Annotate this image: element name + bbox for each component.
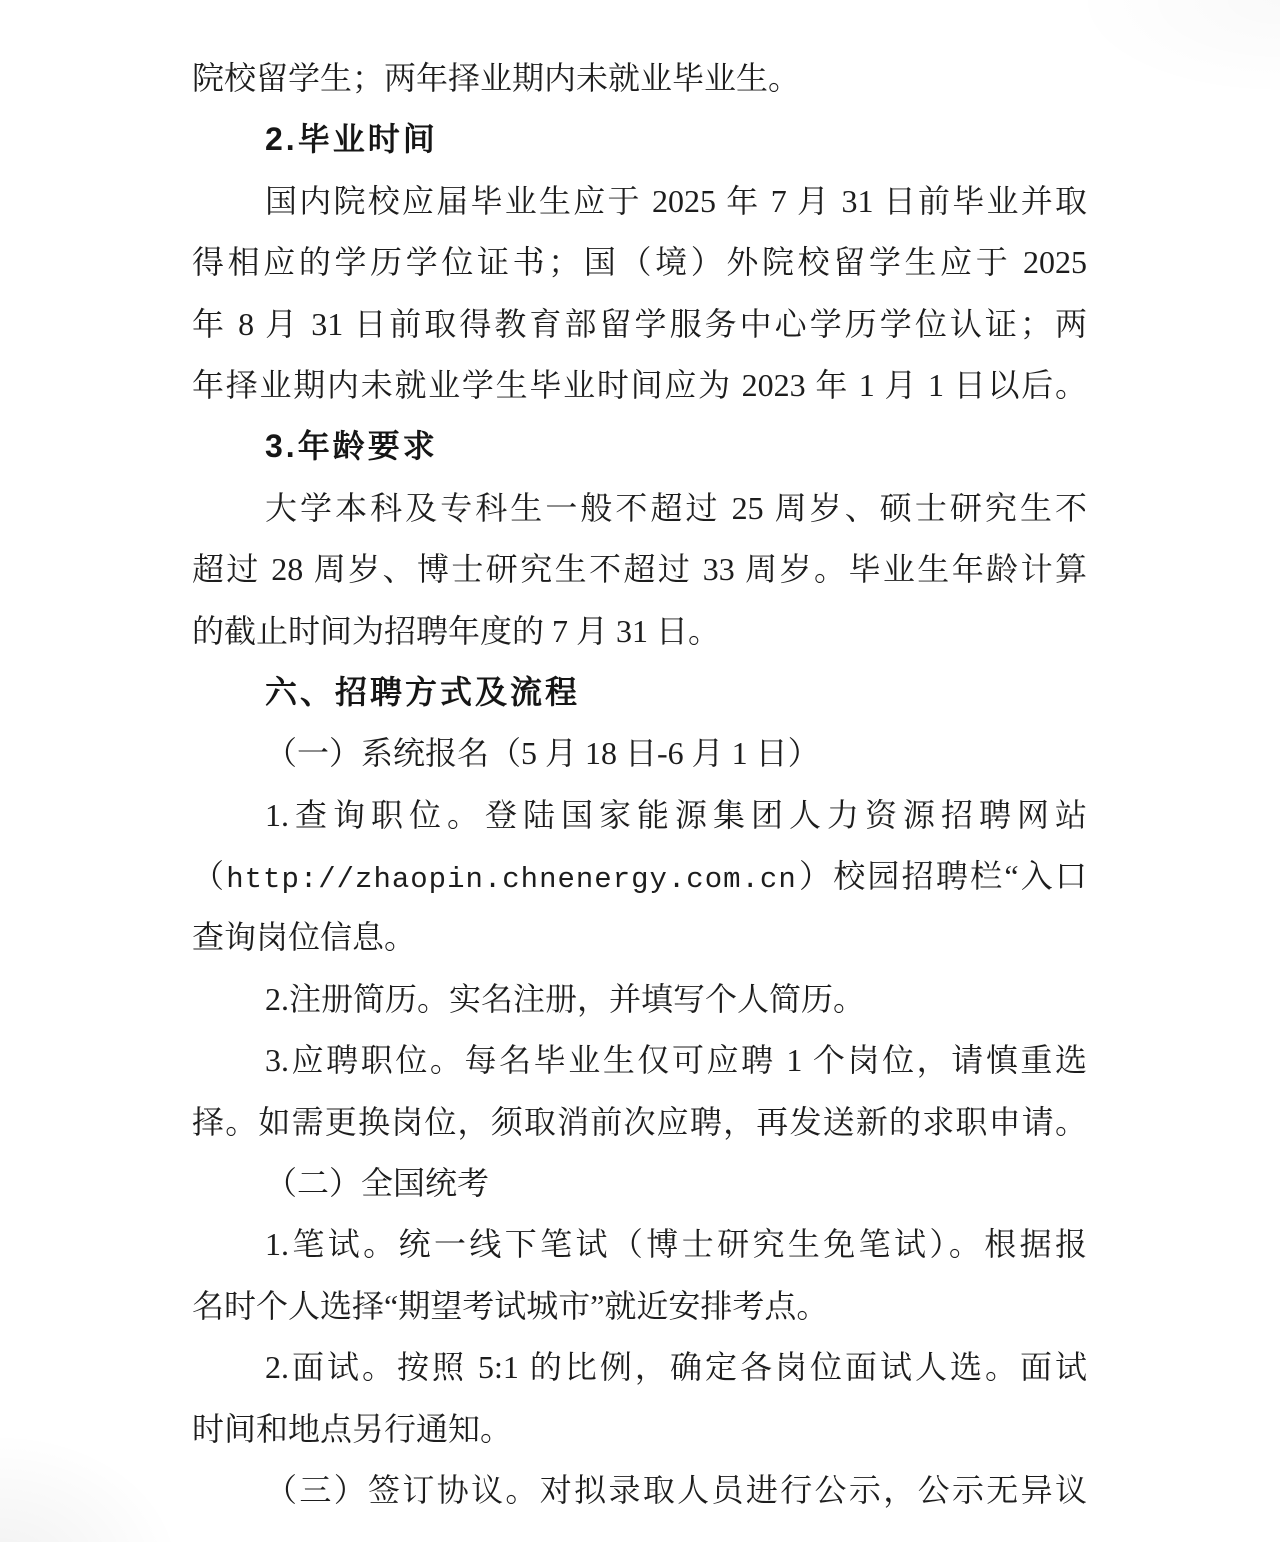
paragraph-line-overseas-students: 院校留学生；两年择业期内未就业毕业生。 bbox=[192, 48, 1087, 109]
paragraph-line-query-info: 查询岗位信息。 bbox=[192, 907, 1087, 968]
paragraph-line-register-resume: 2.注册简历。实名注册，并填写个人简历。 bbox=[192, 969, 1087, 1030]
paragraph-line-query-position: 1.查询职位。登陆国家能源集团人力资源招聘网站 bbox=[192, 785, 1087, 846]
paragraph-line-unemployed-date: 年择业期内未就业学生毕业时间应为 2023 年 1 月 1 日以后。 bbox=[192, 355, 1087, 416]
recruitment-url-text: http://zhaopin.chnenergy.com.cn bbox=[226, 863, 797, 896]
paragraph-line-domestic-deadline: 国内院校应届毕业生应于 2025 年 7 月 31 日前毕业并取 bbox=[192, 171, 1087, 232]
url-open-paren: （ bbox=[192, 858, 226, 894]
subheading-national-exam: （二）全国统考 bbox=[192, 1153, 1087, 1214]
paragraph-line-interview-notice: 时间和地点另行通知。 bbox=[192, 1399, 1087, 1460]
document-page: 院校留学生；两年择业期内未就业毕业生。 2.毕业时间 国内院校应届毕业生应于 2… bbox=[0, 0, 1280, 1542]
subheading-sign-agreement: （三）签订协议。对拟录取人员进行公示，公示无异议 bbox=[192, 1460, 1087, 1521]
paragraph-line-apply-position: 3.应聘职位。每名毕业生仅可应聘 1 个岗位，请慎重选 bbox=[192, 1030, 1087, 1091]
paragraph-line-overseas-deadline: 年 8 月 31 日前取得教育部留学服务中心学历学位认证；两 bbox=[192, 294, 1087, 355]
paragraph-line-change-position: 择。如需更换岗位，须取消前次应聘，再发送新的求职申请。 bbox=[192, 1092, 1087, 1153]
paragraph-line-age-bachelor: 大学本科及专科生一般不超过 25 周岁、硕士研究生不 bbox=[192, 478, 1087, 539]
url-line-rest: ）校园招聘栏“入口 bbox=[797, 858, 1087, 894]
paragraph-line-written-test: 1.笔试。统一线下笔试（博士研究生免笔试）。根据报 bbox=[192, 1214, 1087, 1275]
paragraph-line-age-master-doctor: 超过 28 周岁、博士研究生不超过 33 周岁。毕业生年龄计算 bbox=[192, 539, 1087, 600]
paragraph-line-website-url: （http://zhaopin.chnenergy.com.cn）校园招聘栏“入… bbox=[192, 846, 1087, 907]
paragraph-line-age-cutoff: 的截止时间为招聘年度的 7 月 31 日。 bbox=[192, 601, 1087, 662]
heading-recruitment-process: 六、招聘方式及流程 bbox=[192, 662, 1087, 723]
heading-graduation-time: 2.毕业时间 bbox=[192, 109, 1087, 170]
heading-age-requirement: 3.年龄要求 bbox=[192, 416, 1087, 477]
paragraph-line-interview-ratio: 2.面试。按照 5:1 的比例，确定各岗位面试人选。面试 bbox=[192, 1337, 1087, 1398]
document-body: 院校留学生；两年择业期内未就业毕业生。 2.毕业时间 国内院校应届毕业生应于 2… bbox=[192, 48, 1087, 1521]
paragraph-line-exam-city: 名时个人选择“期望考试城市”就近安排考点。 bbox=[192, 1276, 1087, 1337]
paragraph-line-degree-certificate: 得相应的学历学位证书；国（境）外院校留学生应于 2025 bbox=[192, 232, 1087, 293]
subheading-system-registration: （一）系统报名（5 月 18 日-6 月 1 日） bbox=[192, 723, 1087, 784]
